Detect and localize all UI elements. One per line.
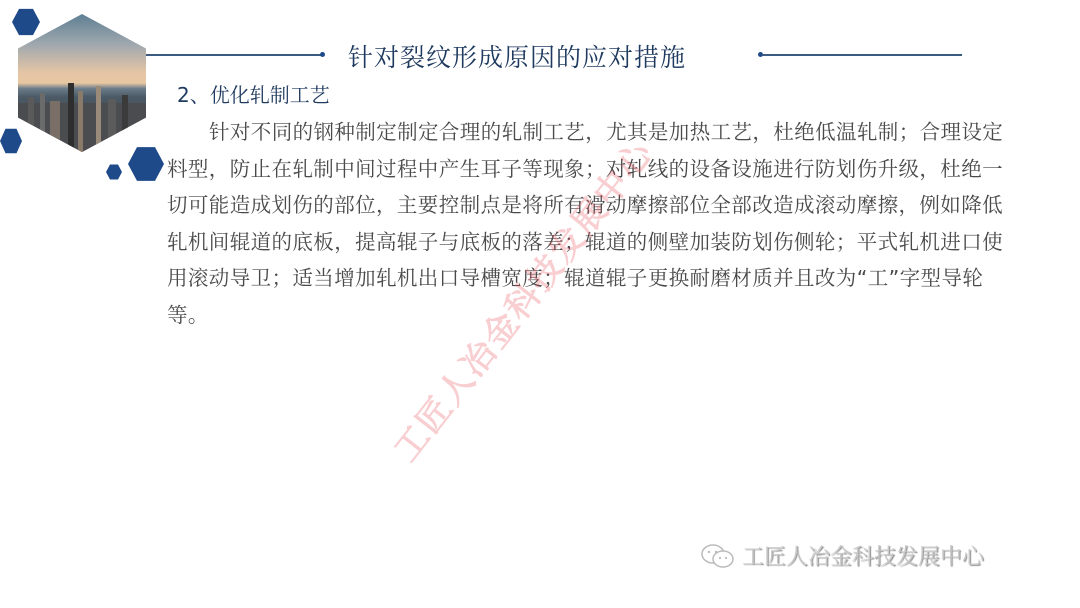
decor-hexagon [0,128,22,154]
wechat-icon [700,543,736,569]
skyline-graphic [18,83,146,152]
title-rule-left [146,54,322,56]
title-rule-right [762,54,962,56]
city-skyline-image [18,14,146,152]
decor-hexagon [12,8,40,36]
decor-hexagon [106,164,122,180]
footer-brand: 工匠人冶金科技发展中心 [700,540,984,571]
title-rule-dot-left [320,52,325,57]
decor-hexagon [128,146,164,182]
page-title: 针对裂纹形成原因的应对措施 [348,38,686,74]
section-heading: 2、优化轧制工艺 [177,79,330,108]
footer-text: 工匠人冶金科技发展中心 [742,540,984,571]
